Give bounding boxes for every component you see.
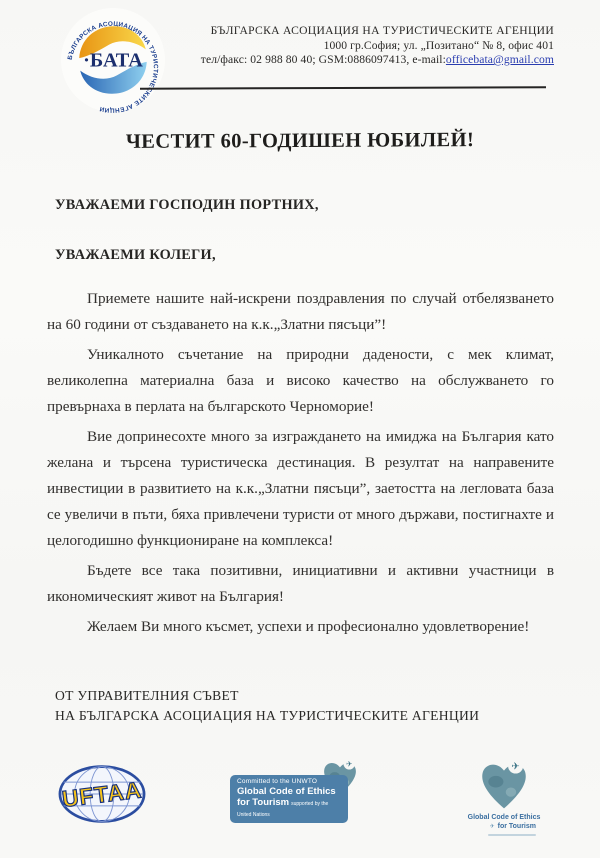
paragraph-unique-nature: Уникалното съчетание на природни даденос… <box>47 342 554 420</box>
org-contacts: тел/факс: 02 988 80 40; GSM:0886097413, … <box>201 53 554 68</box>
letterhead-divider <box>140 86 546 89</box>
closing-line-association: НА БЪЛГАРСКА АСОЦИАЦИЯ НА ТУРИСТИЧЕСКИТЕ… <box>55 706 479 726</box>
letterhead-contact-block: БЪЛГАРСКА АСОЦИАЦИЯ НА ТУРИСТИЧЕСКИТЕ АГ… <box>201 24 554 68</box>
mini-plane-icon: ✈ <box>490 823 495 832</box>
badge-title-line: Global Code of Ethics <box>237 786 341 797</box>
email-link[interactable]: officebata@gmail.com <box>446 53 554 66</box>
closing-block: ОТ УПРАВИТЕЛНИЯ СЪВЕТ НА БЪЛГАРСКА АСОЦИ… <box>55 686 479 726</box>
bata-association-logo: БЪЛГАРСКА АСОЦИАЦИЯ НА ТУРИСТИЧЕСКИТЕ АГ… <box>60 7 166 113</box>
paragraph-stay-positive: Бъдете все така позитивни, инициативни и… <box>47 558 554 610</box>
contacts-prefix: тел/факс: 02 988 80 40; GSM:0886097413, … <box>201 53 446 66</box>
closing-line-board: ОТ УПРАВИТЕЛНИЯ СЪВЕТ <box>55 686 479 706</box>
salutation-portnih: УВАЖАЕМИ ГОСПОДИН ПОРТНИХ, <box>55 197 319 214</box>
scanned-letter-page: БЪЛГАРСКА АСОЦИАЦИЯ НА ТУРИСТИЧЕСКИТЕ АГ… <box>0 0 600 858</box>
badge-subtitle-line: for Tourismsupported by the United Natio… <box>237 797 341 819</box>
unwto-ethics-badge: Committed to the UNWTO Global Code of Et… <box>230 775 348 823</box>
plane-icon: ✈ <box>346 759 352 768</box>
badge-for-tourism: for Tourism <box>237 797 289 808</box>
badge-committed-line: Committed to the UNWTO <box>237 778 341 785</box>
letter-body: Приемете нашите най-искрени поздравления… <box>47 286 554 644</box>
org-name: БЪЛГАРСКА АСОЦИАЦИЯ НА ТУРИСТИЧЕСКИТЕ АГ… <box>201 24 554 39</box>
plane-icon: ✈ <box>511 762 519 773</box>
salutation-colleagues: УВАЖАЕМИ КОЛЕГИ, <box>55 247 216 264</box>
unwto-ethics-badge-group: ✈ Committed to the UNWTO Global Code of … <box>230 755 362 815</box>
paragraph-wishes: Желаем Ви много късмет, успехи и професи… <box>47 614 554 640</box>
ethics-fineprint-line <box>488 834 536 836</box>
ethics-heart-logo-group: ✈ Global Code of Ethics ✈for Tourism <box>458 755 550 836</box>
ethics-caption-line2: for Tourism <box>498 823 536 832</box>
letter-title: ЧЕСТИТ 60-ГОДИШЕН ЮБИЛЕЙ! <box>0 128 600 154</box>
logo-wordmark: ·БАТА <box>83 50 143 72</box>
paragraph-contribution: Вие допринесохте много за изграждането н… <box>47 424 554 554</box>
ethics-logo-caption: Global Code of Ethics ✈for Tourism <box>458 814 550 836</box>
org-address: 1000 гр.София; ул. „Позитано“ № 8, офис … <box>201 39 554 54</box>
paragraph-congratulations: Приемете нашите най-искрени поздравления… <box>47 286 554 338</box>
uftaa-logo: UFTAA <box>55 762 149 826</box>
ethics-caption-line1: Global Code of Ethics <box>458 814 550 823</box>
heart-globe-icon: ✈ <box>467 755 541 813</box>
